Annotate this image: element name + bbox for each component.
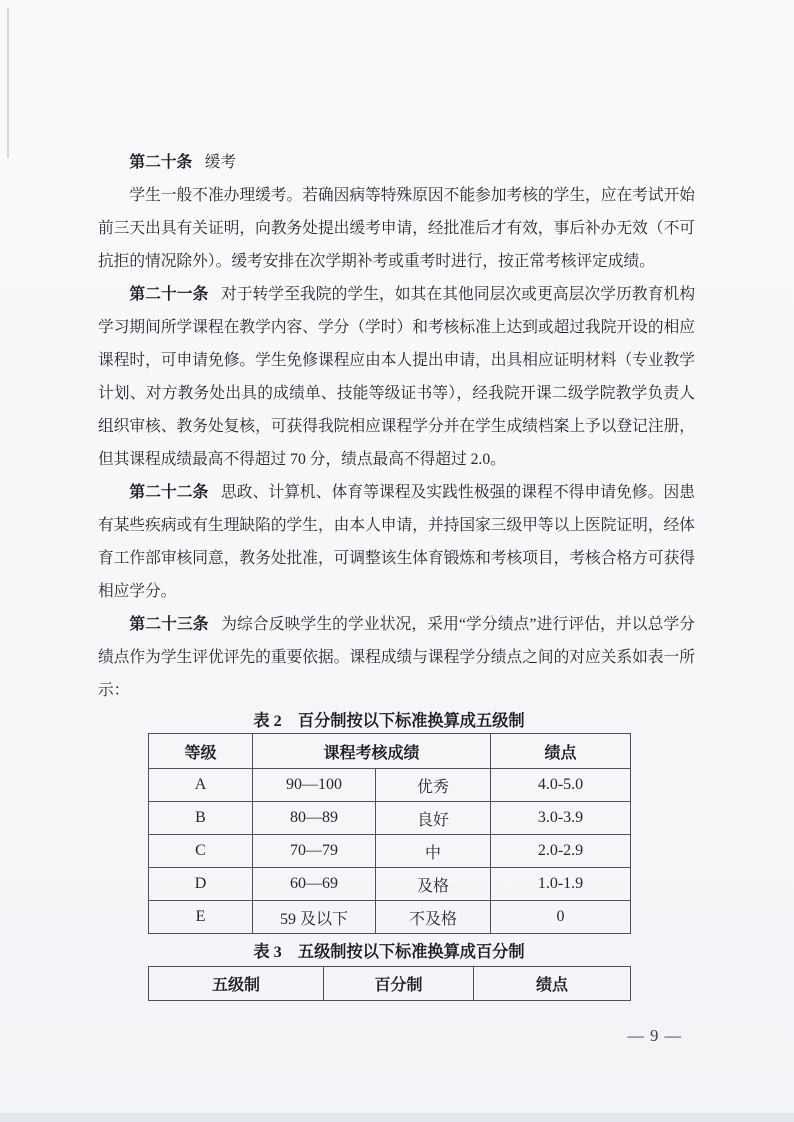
table-cell: 及格 bbox=[376, 868, 491, 901]
table-cell: 不及格 bbox=[376, 901, 491, 934]
article-20-heading: 第二十条缓考 bbox=[98, 146, 695, 179]
page-number: — 9 — bbox=[628, 1026, 683, 1046]
table2-percent-to-five-level: 等级 课程考核成绩 绩点 A 90—100 优秀 4.0-5.0 B 80—89… bbox=[148, 733, 631, 934]
table2-header-grade: 等级 bbox=[149, 734, 253, 769]
table-cell: A bbox=[149, 769, 253, 802]
scanned-document-page: 第二十条缓考 学生一般不准办理缓考。若确因病等特殊原因不能参加考核的学生，应在考… bbox=[0, 0, 794, 1122]
table3-header-gpa: 绩点 bbox=[474, 967, 631, 1001]
table-cell: 良好 bbox=[376, 802, 491, 835]
table2-header-score: 课程考核成绩 bbox=[253, 734, 491, 769]
table-cell: 59 及以下 bbox=[253, 901, 376, 934]
table-cell: 1.0-1.9 bbox=[491, 868, 631, 901]
scan-artifact-bottom-edge bbox=[0, 1113, 794, 1122]
article-23-paragraph: 第二十三条为综合反映学生的学业状况，采用“学分绩点”进行评估，并以总学分绩点作为… bbox=[98, 608, 695, 707]
table-cell: 4.0-5.0 bbox=[491, 769, 631, 802]
table2-row-a: A 90—100 优秀 4.0-5.0 bbox=[149, 769, 631, 802]
table-cell: 优秀 bbox=[376, 769, 491, 802]
table3-header-percent: 百分制 bbox=[324, 967, 474, 1001]
table2-header-row: 等级 课程考核成绩 绩点 bbox=[149, 734, 631, 769]
table3-caption: 表 3 五级制按以下标准换算成百分制 bbox=[148, 942, 630, 962]
table-cell: C bbox=[149, 835, 253, 868]
table2-header-gpa: 绩点 bbox=[491, 734, 631, 769]
table-cell: 中 bbox=[376, 835, 491, 868]
article-21-number: 第二十一条 bbox=[129, 286, 208, 303]
table3-five-level-to-percent: 五级制 百分制 绩点 bbox=[148, 966, 631, 1001]
table3-header-row: 五级制 百分制 绩点 bbox=[149, 967, 631, 1001]
scan-artifact-left-edge bbox=[7, 8, 9, 158]
table-cell: 2.0-2.9 bbox=[491, 835, 631, 868]
table-cell: 60—69 bbox=[253, 868, 376, 901]
table-cell: E bbox=[149, 901, 253, 934]
article-20-body: 学生一般不准办理缓考。若确因病等特殊原因不能参加考核的学生，应在考试开始前三天出… bbox=[98, 179, 695, 278]
article-22-number: 第二十二条 bbox=[129, 484, 208, 501]
table2-row-d: D 60—69 及格 1.0-1.9 bbox=[149, 868, 631, 901]
table2-row-c: C 70—79 中 2.0-2.9 bbox=[149, 835, 631, 868]
article-21-body: 对于转学至我院的学生，如其在其他同层次或更高层次学历教育机构学习期间所学课程在教… bbox=[98, 286, 695, 468]
table-cell: 0 bbox=[491, 901, 631, 934]
table-cell: 3.0-3.9 bbox=[491, 802, 631, 835]
article-20-title: 缓考 bbox=[205, 154, 236, 171]
table2-row-e: E 59 及以下 不及格 0 bbox=[149, 901, 631, 934]
table2-caption: 表 2 百分制按以下标准换算成五级制 bbox=[148, 711, 630, 731]
article-22-body: 思政、计算机、体育等课程及实践性极强的课程不得申请免修。因患有某些疾病或有生理缺… bbox=[98, 484, 695, 600]
table-cell: 70—79 bbox=[253, 835, 376, 868]
table2-row-b: B 80—89 良好 3.0-3.9 bbox=[149, 802, 631, 835]
table3-header-five-level: 五级制 bbox=[149, 967, 324, 1001]
article-22-paragraph: 第二十二条思政、计算机、体育等课程及实践性极强的课程不得申请免修。因患有某些疾病… bbox=[98, 476, 695, 608]
table-cell: 90—100 bbox=[253, 769, 376, 802]
document-body: 第二十条缓考 学生一般不准办理缓考。若确因病等特殊原因不能参加考核的学生，应在考… bbox=[98, 146, 695, 1001]
article-20-number: 第二十条 bbox=[129, 154, 192, 171]
table-cell: 80—89 bbox=[253, 802, 376, 835]
table-cell: B bbox=[149, 802, 253, 835]
table-cell: D bbox=[149, 868, 253, 901]
article-23-number: 第二十三条 bbox=[129, 616, 208, 633]
article-21-paragraph: 第二十一条对于转学至我院的学生，如其在其他同层次或更高层次学历教育机构学习期间所… bbox=[98, 278, 695, 476]
